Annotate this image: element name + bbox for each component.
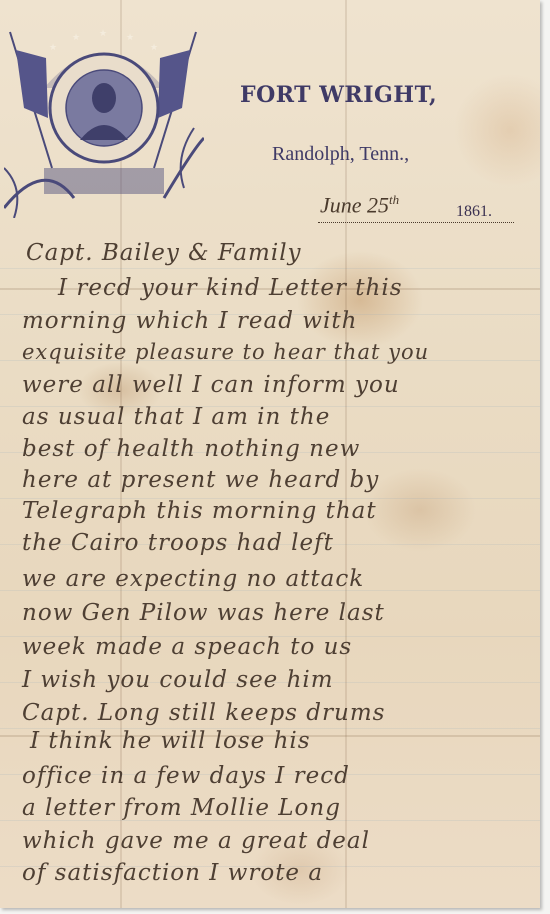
letter-line: week made a speach to us — [22, 634, 352, 660]
letter-line: Capt. Long still keeps drums — [22, 700, 385, 726]
letter-line: morning which I read with — [22, 308, 357, 334]
ruled-line — [0, 268, 540, 269]
letterhead-fort-name: FORT WRIGHT, — [240, 82, 437, 108]
letter-line: as usual that I am in the — [22, 404, 330, 430]
date-month-day: June 25 — [320, 192, 389, 217]
svg-text:★: ★ — [99, 28, 107, 38]
svg-text:★: ★ — [126, 32, 134, 42]
date-suffix: th — [389, 192, 399, 207]
letter-sheet: ★★ ★★ ★★ ★ FORT WRIGHT, Randolph, Tenn.,… — [0, 0, 540, 908]
letter-line: of satisfaction I wrote a — [22, 860, 323, 886]
salutation-line: Capt. Bailey & Family — [26, 240, 302, 266]
svg-text:★: ★ — [72, 32, 80, 42]
letter-line: here at present we heard by — [22, 467, 379, 493]
letter-line: I wish you could see him — [22, 667, 334, 693]
confederate-seal-vignette: ★★ ★★ ★★ ★ — [4, 18, 204, 218]
svg-text:★: ★ — [49, 42, 57, 52]
letter-line: exquisite pleasure to hear that you — [22, 340, 429, 364]
letter-date: June 25th — [320, 192, 399, 218]
letter-line: we are expecting no attack — [22, 566, 364, 592]
date-rule — [318, 222, 514, 223]
letter-line: office in a few days I recd — [22, 763, 350, 789]
letter-line: best of health nothing new — [22, 436, 360, 462]
letter-line: I think he will lose his — [30, 728, 311, 754]
letter-line: now Gen Pilow was here last — [22, 600, 385, 626]
letter-line: which gave me a great deal — [22, 828, 370, 854]
svg-text:★: ★ — [150, 42, 158, 52]
letter-line: the Cairo troops had left — [22, 530, 334, 556]
letter-line: were all well I can inform you — [22, 372, 400, 398]
letter-line: a letter from Mollie Long — [22, 795, 341, 821]
letterhead-year: 1861. — [456, 203, 492, 221]
letterhead-place: Randolph, Tenn., — [272, 143, 409, 166]
letter-line: I recd your kind Letter this — [58, 275, 403, 301]
letter-line: Telegraph this morning that — [22, 498, 377, 524]
